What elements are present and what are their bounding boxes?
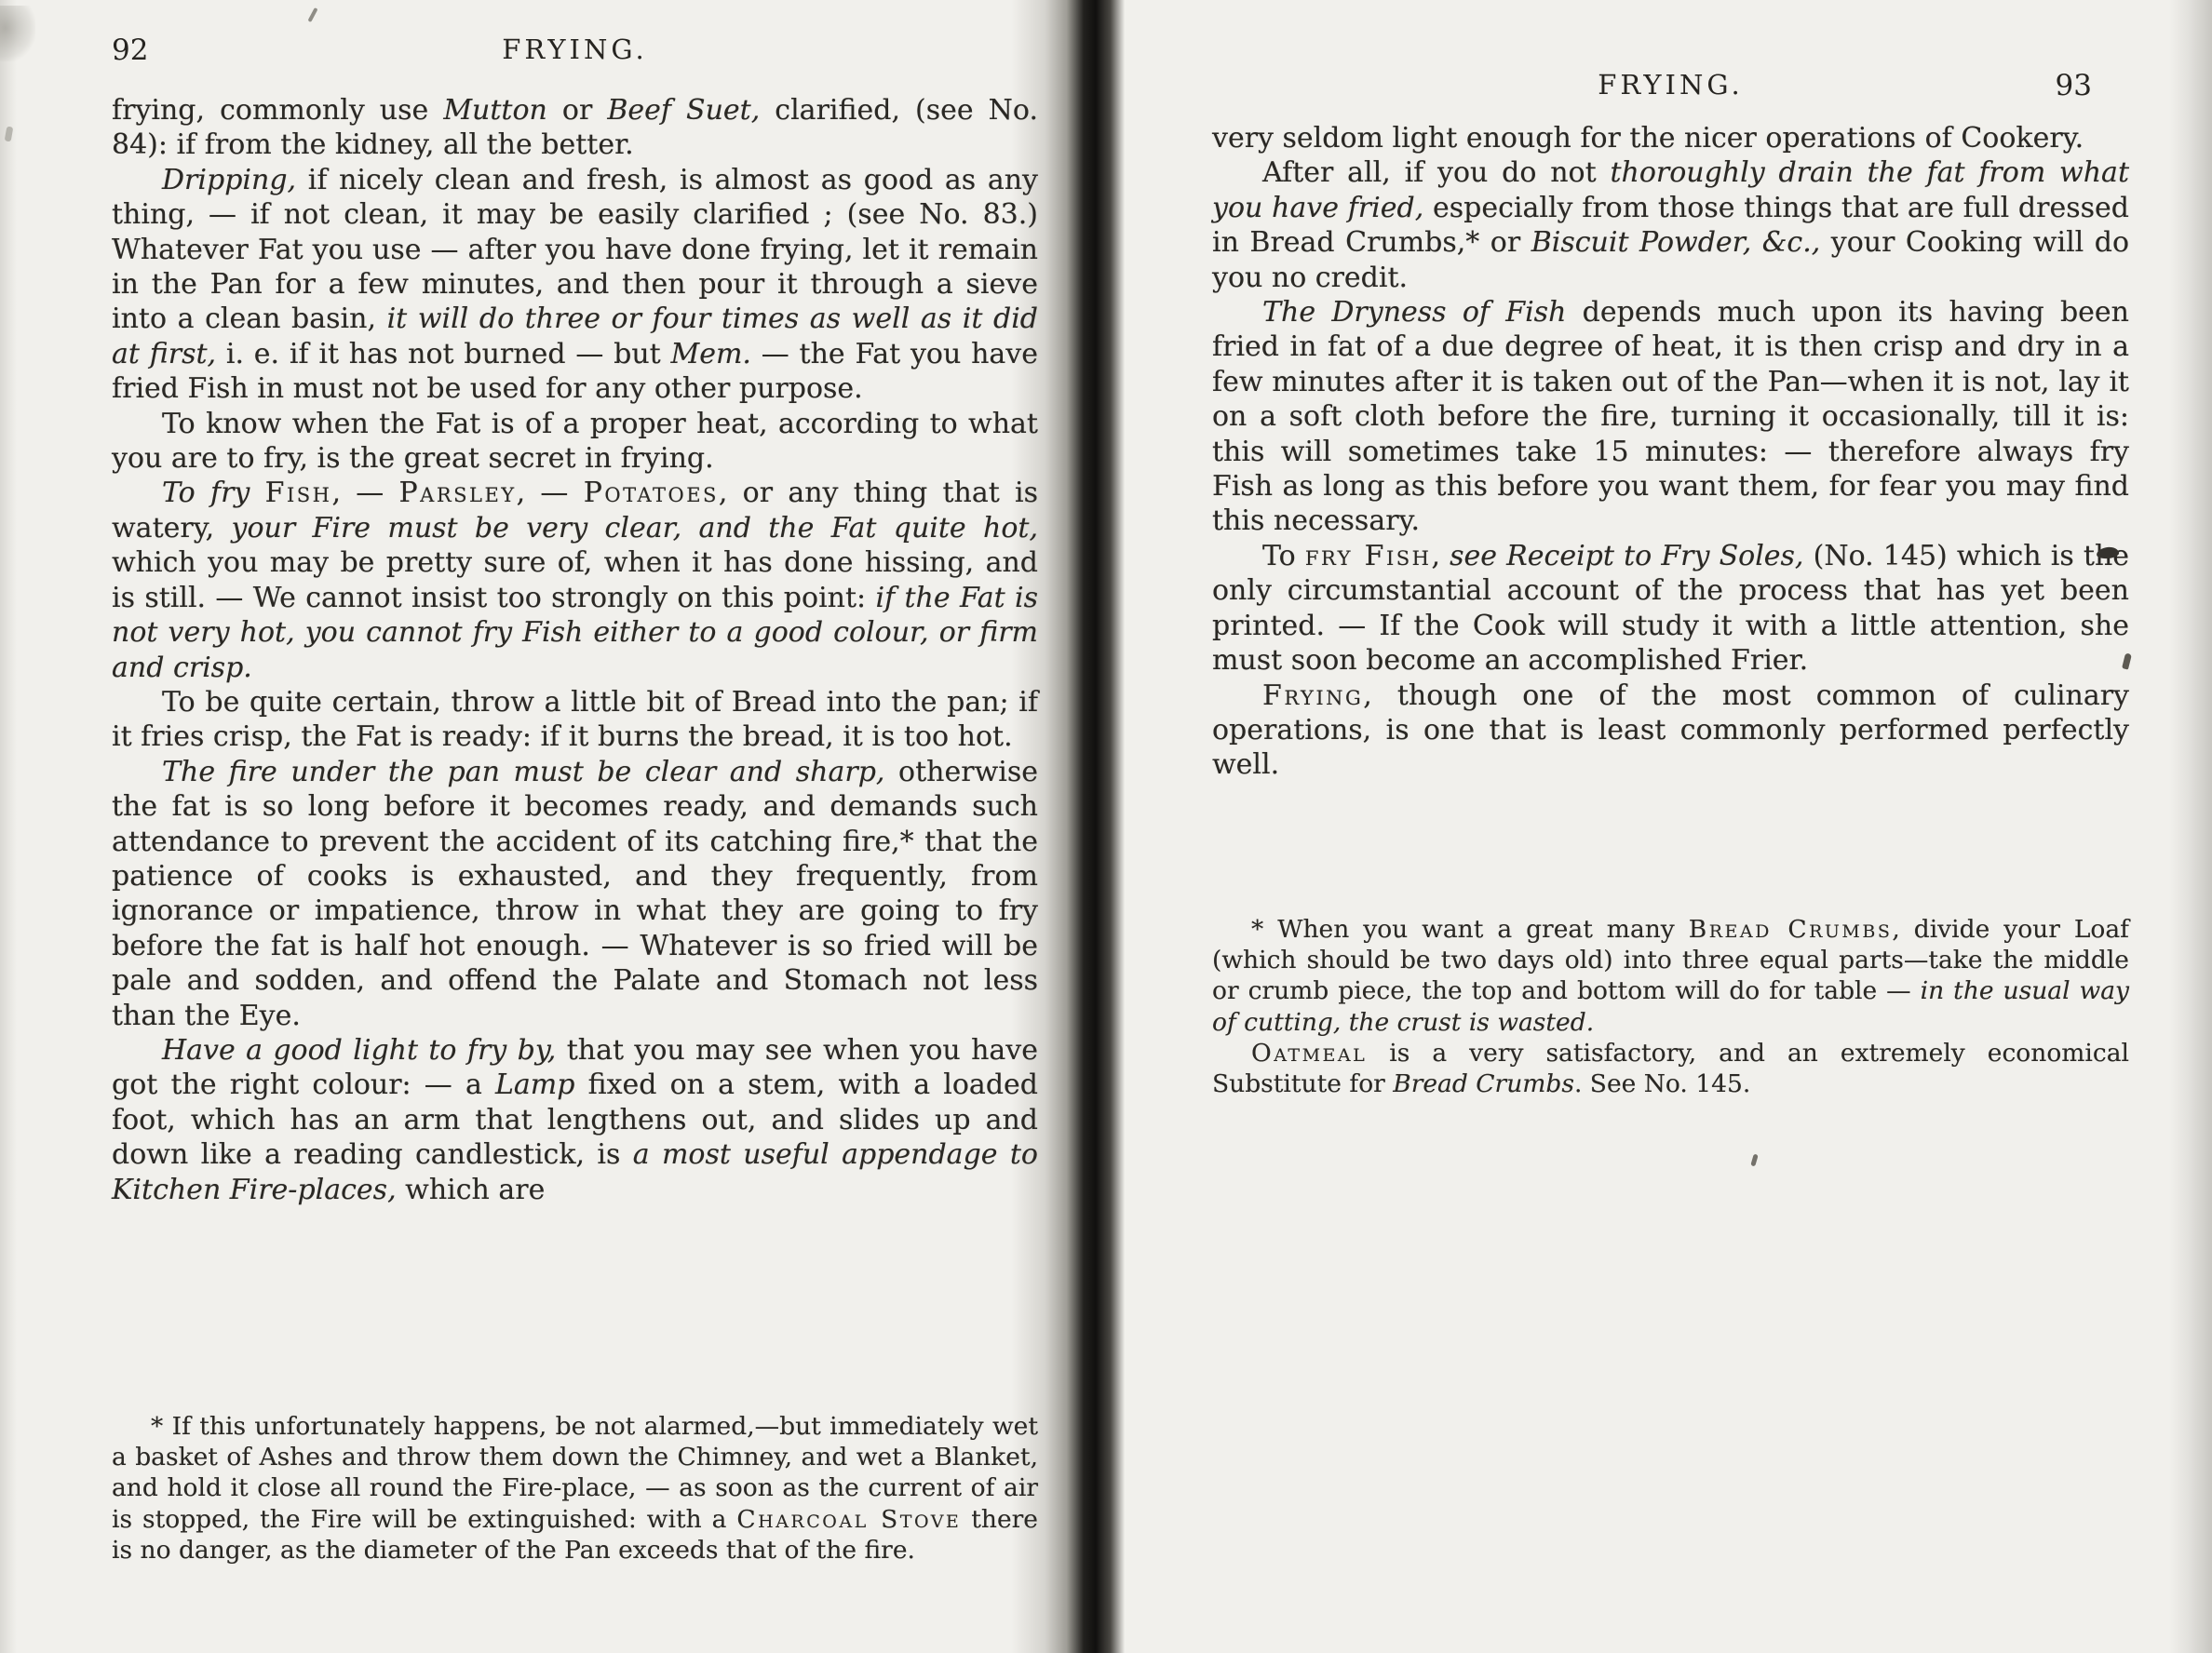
text-run: very seldom light enough for the nicer o… (1212, 122, 2084, 155)
paragraph: * If this unfortunately happens, be not … (112, 1411, 1038, 1566)
text-run: , (1431, 540, 1450, 572)
right-page: FRYING. 93 very seldom light enough for … (1212, 69, 2129, 783)
book-scan: 92 FRYING. frying, commonly use Mutton o… (0, 0, 2212, 1653)
text-run: The Dryness of Fish (1262, 296, 1566, 329)
text-run: Frying (1262, 679, 1363, 712)
right-page-footnote: * When you want a great many Bread Crumb… (1212, 914, 2129, 1099)
paragraph: Frying, though one of the most common of… (1212, 679, 2129, 783)
text-run: which are (397, 1174, 546, 1206)
right-edge-shadow (2169, 0, 2212, 1653)
text-run: Biscuit Powder, &c., (1531, 226, 1821, 259)
text-run: To be quite certain, throw a little bit … (112, 686, 1038, 753)
text-run: or (547, 94, 607, 127)
right-page-number: 93 (2056, 69, 2092, 102)
paragraph: * When you want a great many Bread Crumb… (1212, 914, 2129, 1038)
text-run: After all, if you do not (1262, 156, 1610, 189)
right-page-header-row: FRYING. 93 (1212, 69, 2129, 110)
paragraph: Oatmeal is a very satisfactory, and an e… (1212, 1038, 2129, 1099)
text-run: , — (517, 477, 584, 509)
text-run: i. e. if it has not burned — but (216, 338, 670, 370)
text-run: Parsley (398, 477, 516, 509)
left-page-footnote: * If this unfortunately happens, be not … (112, 1411, 1038, 1566)
right-running-header: FRYING. (1212, 69, 2129, 101)
text-run: Bread Crumbs (1689, 915, 1893, 944)
text-run: Fish (265, 477, 332, 509)
right-page-body: very seldom light enough for the nicer o… (1212, 121, 2129, 783)
text-run: Beef Suet, (607, 94, 760, 127)
left-page-header-row: 92 FRYING. (112, 34, 1038, 74)
text-run: , — (331, 477, 398, 509)
left-running-header: FRYING. (112, 34, 1038, 65)
text-run: Oatmeal (1251, 1039, 1367, 1068)
scan-artifact-speck (1750, 1154, 1758, 1167)
paragraph: Dripping, if nicely clean and fresh, is … (112, 163, 1038, 407)
text-run: * When you want a great many (1251, 915, 1689, 944)
paragraph: To be quite certain, throw a little bit … (112, 685, 1038, 755)
text-run: Bread Crumbs (1393, 1069, 1574, 1098)
text-run: otherwise the fat is so long before it b… (112, 756, 1038, 1032)
text-run: Have a good light to fry by, (162, 1034, 556, 1067)
left-page: 92 FRYING. frying, commonly use Mutton o… (112, 34, 1038, 1207)
text-run: Mem. (671, 338, 751, 370)
text-run: Mutton (443, 94, 547, 127)
paragraph: Have a good light to fry by, that you ma… (112, 1033, 1038, 1207)
paragraph: The fire under the pan must be clear and… (112, 755, 1038, 1033)
text-run: see Receipt to Fry Soles, (1450, 540, 1803, 572)
text-run: Dripping, (162, 164, 296, 196)
scan-artifact-blotch (0, 6, 35, 61)
text-run: Charcoal Stove (736, 1505, 961, 1534)
text-run: Potatoes (584, 477, 719, 509)
paragraph: To fry Fish, see Receipt to Fry Soles, (… (1212, 539, 2129, 679)
paragraph: After all, if you do not thoroughly drai… (1212, 155, 2129, 295)
text-run: To (1262, 540, 1305, 572)
paragraph: frying, commonly use Mutton or Beef Suet… (112, 93, 1038, 163)
left-page-body: frying, commonly use Mutton or Beef Suet… (112, 93, 1038, 1207)
paragraph: To know when the Fat is of a proper heat… (112, 407, 1038, 477)
text-run: depends much upon its having been fried … (1212, 296, 2129, 537)
paragraph: very seldom light enough for the nicer o… (1212, 121, 2129, 155)
text-run: . See No. 145. (1574, 1069, 1750, 1098)
left-page-number: 92 (112, 34, 148, 67)
text-run: The fire under the pan must be clear and… (162, 756, 884, 788)
text-run: Lamp (495, 1068, 574, 1101)
text-run: your Fire must be very clear, and the Fa… (232, 512, 1038, 544)
text-run: To fry (162, 477, 265, 509)
paragraph: To fry Fish, — Parsley, — Potatoes, or a… (112, 476, 1038, 684)
text-run: frying, commonly use (112, 94, 443, 127)
paragraph: The Dryness of Fish depends much upon it… (1212, 295, 2129, 539)
text-run: fry Fish (1305, 540, 1432, 572)
left-edge-shadow (0, 0, 17, 1653)
text-run: To know when the Fat is of a proper heat… (112, 408, 1038, 475)
scan-artifact-speck (307, 7, 317, 22)
